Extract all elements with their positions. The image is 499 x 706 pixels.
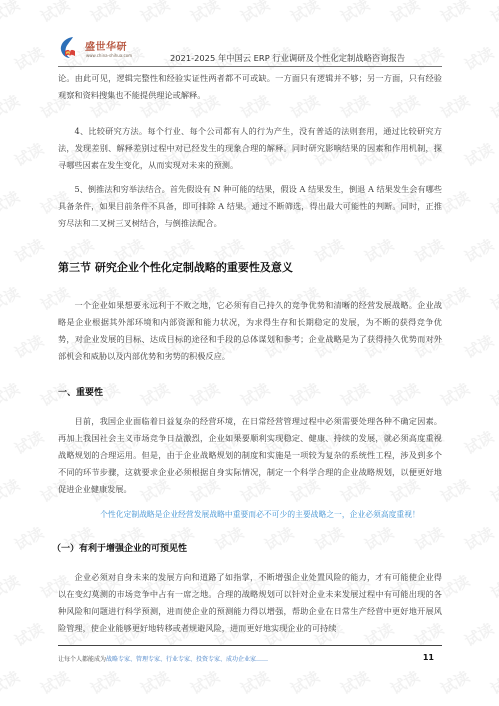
subheading-predictability: （一）有利于增强企业的可预见性 — [52, 541, 187, 554]
subheading-importance: 一、重要性 — [58, 385, 103, 398]
page-number: 11 — [423, 653, 434, 662]
page-header: 盛世华研 www.china-shihua.com 2021-2025 年中国云… — [58, 34, 442, 66]
footer-slogan-lead: 让每个人都能成为 — [58, 656, 106, 663]
paragraph-predictability: 企业必须对自身未来的发展方向和道路了如指掌，不断增强企业处置风险的能力，才有可能… — [58, 569, 442, 637]
paragraph-method-4: 4、比较研究方法。每个行业、每个公司都有人的行为产生，没有普适的法则套用，通过比… — [58, 123, 442, 174]
highlight-callout: 个性化定制战略是企业经营发展战略中重要而必不可少的主要战略之一，企业必须高度重视… — [75, 509, 445, 520]
paragraph-method-5: 5、倒推法和穷举法结合。首先假设有 N 种可能的结果，假设 A 结果发生，倒退 … — [58, 181, 442, 232]
paragraph-continuation: 论。由此可见，逻辑完整性和经验实证性两者都不可或缺。一方面只有逻辑并不够；另一方… — [58, 70, 442, 104]
section-title: 第三节 研究企业个性化定制战略的重要性及意义 — [58, 259, 293, 275]
paragraph-intro: 一个企业如果想要永远利于不败之地，它必须有自己持久的竞争优势和清晰的经营发展战略… — [58, 297, 442, 365]
company-logo: 盛世华研 www.china-shihua.com — [58, 34, 138, 64]
logo-name: 盛世华研 — [85, 38, 127, 53]
footer-divider — [58, 645, 442, 646]
logo-swoosh-book-icon — [59, 36, 81, 60]
footer-slogan-emphasis: 战略专家、管理专家、行业专家、投资专家、成功企业家…… — [106, 656, 268, 663]
report-title: 2021-2025 年中国云 ERP 行业调研及个性化定制战略咨询报告 — [170, 52, 405, 64]
header-divider — [58, 66, 442, 67]
document-page: 盛世华研 www.china-shihua.com 2021-2025 年中国云… — [0, 0, 499, 706]
paragraph-importance: 目前，我国企业面临着日益复杂的经营环境，在日常经营管理过程中必须需要处理各种不确… — [58, 413, 442, 498]
page-footer: 让每个人都能成为战略专家、管理专家、行业专家、投资专家、成功企业家…… 11 — [58, 654, 442, 666]
logo-url: www.china-shihua.com — [86, 53, 132, 58]
